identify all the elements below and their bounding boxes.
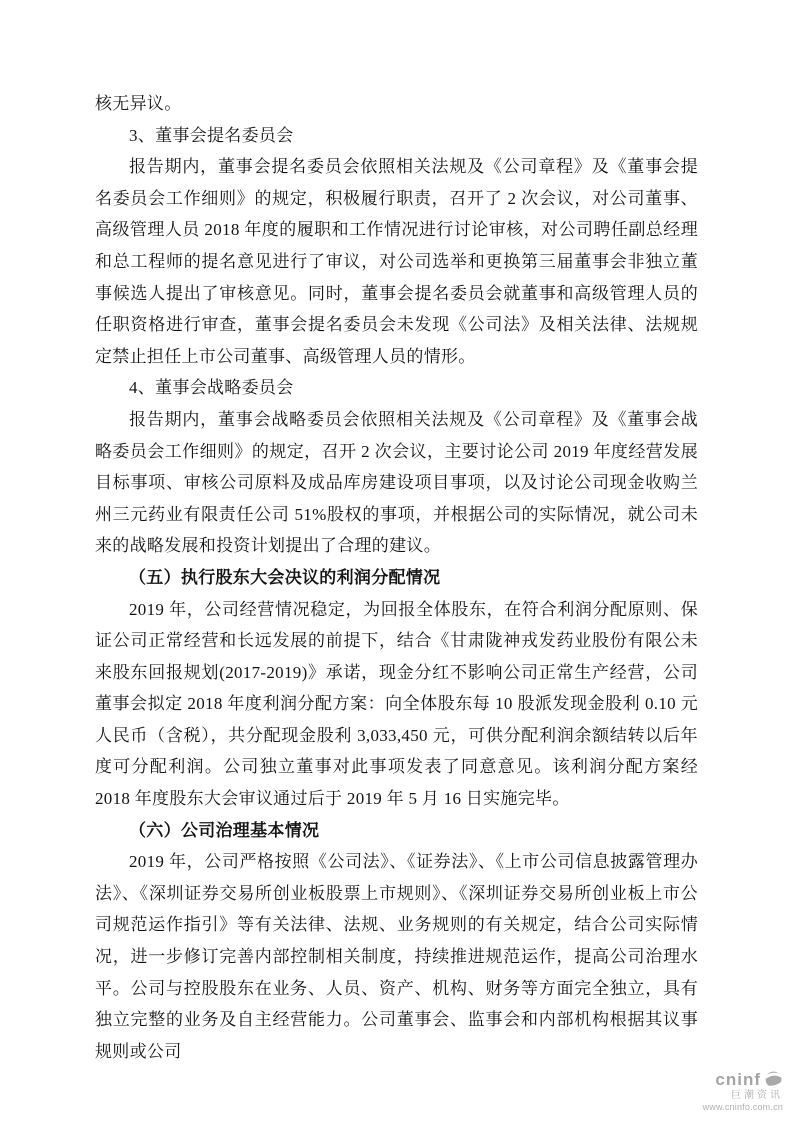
document-page: 核无异议。3、董事会提名委员会报告期内，董事会提名委员会依照相关法规及《公司章程… bbox=[0, 0, 793, 1122]
cninfo-swirl-icon bbox=[764, 1070, 783, 1089]
cninfo-chinese-name: 巨潮资讯 bbox=[703, 1090, 783, 1102]
paragraph: 2019 年，公司严格按照《公司法》、《证券法》、《上市公司信息披露管理办法》、… bbox=[95, 846, 698, 1067]
cninfo-watermark: cninf 巨潮资讯 www.cninfo.com.cn bbox=[703, 1070, 783, 1112]
paragraph: 报告期内，董事会提名委员会依照相关法规及《公司章程》及《董事会提名委员会工作细则… bbox=[95, 151, 698, 372]
paragraph: 报告期内，董事会战略委员会依照相关法规及《公司章程》及《董事会战略委员会工作细则… bbox=[95, 404, 698, 562]
section-heading: （五）执行股东大会决议的利润分配情况 bbox=[95, 562, 698, 594]
cninfo-url: www.cninfo.com.cn bbox=[703, 1102, 783, 1112]
cninfo-logo-text: cninf bbox=[715, 1070, 761, 1090]
paragraph: 核无异议。 bbox=[95, 88, 698, 120]
section-heading: （六）公司治理基本情况 bbox=[95, 815, 698, 847]
sub-section-heading: 3、董事会提名委员会 bbox=[95, 120, 698, 152]
document-body: 核无异议。3、董事会提名委员会报告期内，董事会提名委员会依照相关法规及《公司章程… bbox=[95, 88, 698, 1067]
cninfo-logo-row: cninf bbox=[703, 1070, 783, 1090]
sub-section-heading: 4、董事会战略委员会 bbox=[95, 372, 698, 404]
paragraph: 2019 年，公司经营情况稳定，为回报全体股东，在符合利润分配原则、保证公司正常… bbox=[95, 594, 698, 815]
